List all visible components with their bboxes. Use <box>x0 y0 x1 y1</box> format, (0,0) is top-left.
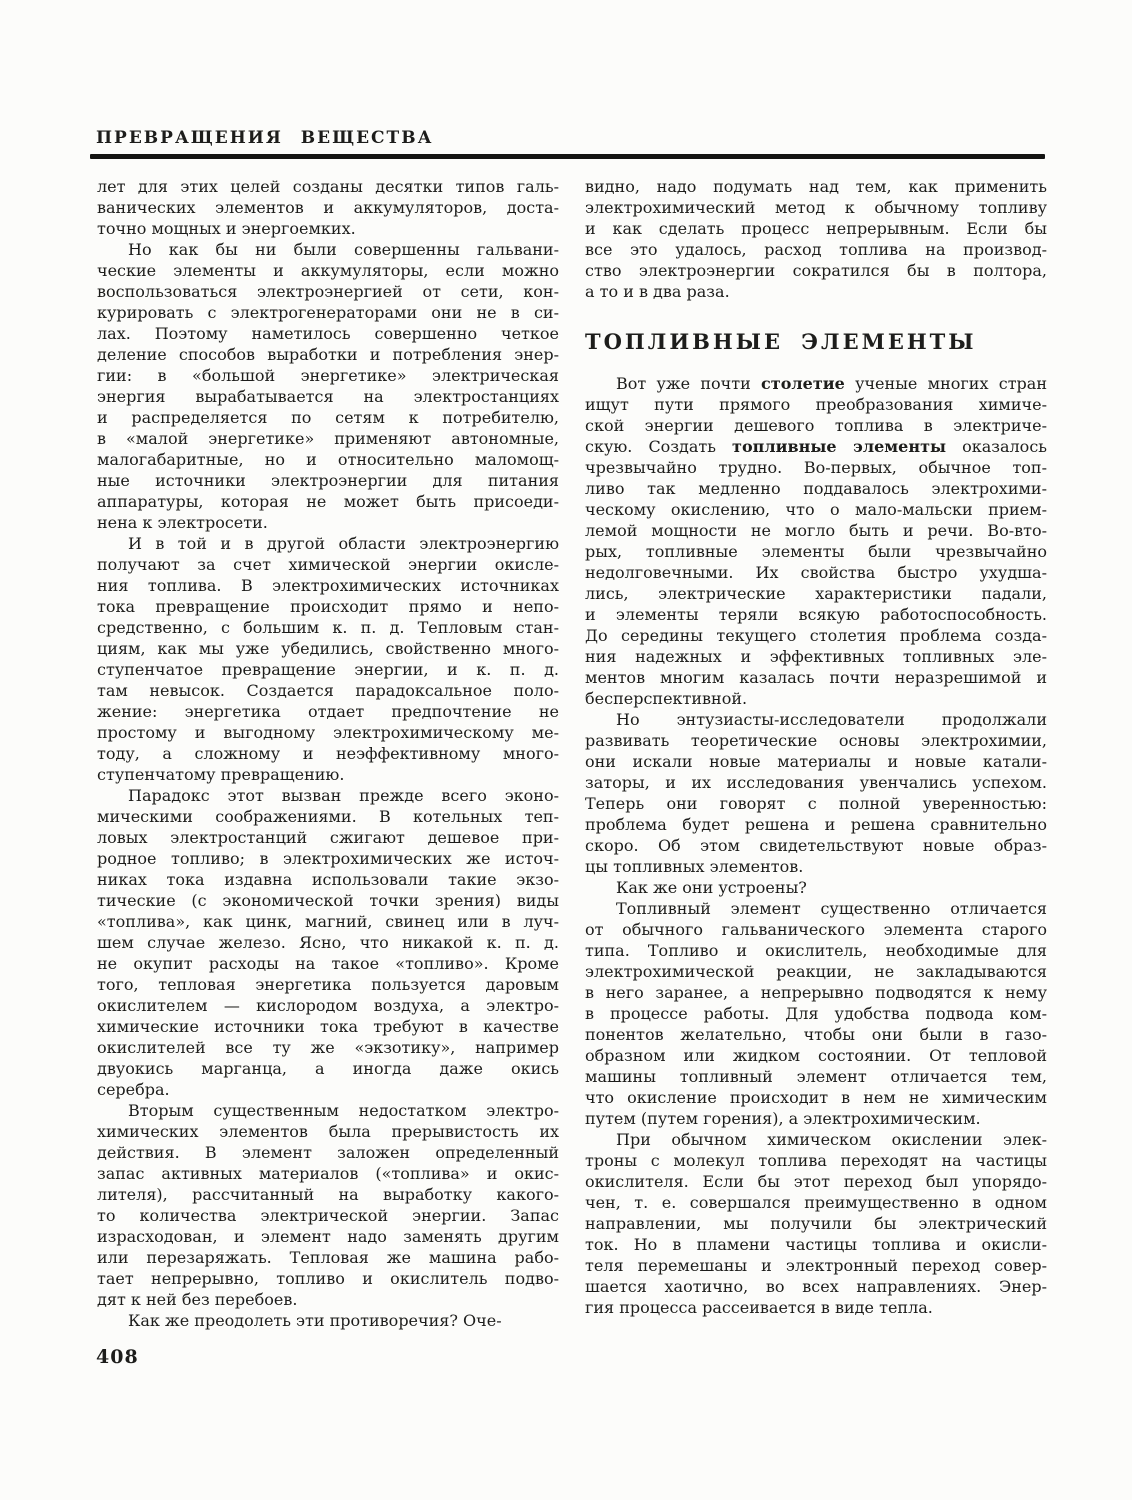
text-line: или перезаряжать. Тепловая же машина раб… <box>97 1247 559 1268</box>
text-line: то количества электрической энергии. Зап… <box>97 1205 559 1226</box>
text-line: образном или жидком состоянии. От теплов… <box>585 1045 1047 1066</box>
text-line: аппаратуры, которая не может быть присое… <box>97 491 559 512</box>
paragraph: Вторым существенным недостатком электро-… <box>97 1100 559 1310</box>
text-line: окислителя. Если бы этот переход был упо… <box>585 1171 1047 1192</box>
text-line: скоро. Об этом свидетельствуют новые обр… <box>585 835 1047 856</box>
text-line: гия процесса рассеивается в виде тепла. <box>585 1297 1047 1318</box>
text-line: ния топлива. В электрохимических источни… <box>97 575 559 596</box>
text-line: ливо так медленно поддавалось электрохим… <box>585 478 1047 499</box>
text-line: действия. В элемент заложен определенный <box>97 1142 559 1163</box>
text-line: точно мощных и энергоемких. <box>97 218 559 239</box>
text-line: тические (с экономической точки зрения) … <box>97 890 559 911</box>
text-line: путем (путем горения), а электрохимическ… <box>585 1108 1047 1129</box>
text-line: цы топливных элементов. <box>585 856 1047 877</box>
text-line: Но как бы ни были совершенны гальвани- <box>97 239 559 260</box>
text-line: шается хаотично, во всех направлениях. Э… <box>585 1276 1047 1297</box>
book-page: ПРЕВРАЩЕНИЯ ВЕЩЕСТВА лет для этих целей … <box>0 0 1132 1500</box>
text-line: в «малой энергетике» применяют автономны… <box>97 428 559 449</box>
text-line: лах. Поэтому наметилось совершенно четко… <box>97 323 559 344</box>
text-line: от обычного гальванического элемента ста… <box>585 919 1047 940</box>
paragraph: лет для этих целей созданы десятки типов… <box>97 176 559 239</box>
text-line: электрохимической реакции, не закладываю… <box>585 961 1047 982</box>
text-line: направлении, мы получили бы электрически… <box>585 1213 1047 1234</box>
text-line: тока превращение происходит прямо и непо… <box>97 596 559 617</box>
text-line: Вторым существенным недостатком электро- <box>97 1100 559 1121</box>
text-line: тоду, а сложному и неэффективному много- <box>97 743 559 764</box>
text-line: они искали новые материалы и новые катал… <box>585 751 1047 772</box>
text-line: ступенчатое превращение энергии, и к. п.… <box>97 659 559 680</box>
text-line: ные источники электроэнергии для питания <box>97 470 559 491</box>
text-line: ванических элементов и аккумуляторов, до… <box>97 197 559 218</box>
text-line: химические источники тока требуют в каче… <box>97 1016 559 1037</box>
text-line: серебра. <box>97 1079 559 1100</box>
text-line: лителя), рассчитанный на выработку каког… <box>97 1184 559 1205</box>
text-line: чрезвычайно трудно. Во-первых, обычное т… <box>585 457 1047 478</box>
text-line: шем случае железо. Ясно, что никакой к. … <box>97 932 559 953</box>
text-line: ческому окислению, что о мало-мальски пр… <box>585 499 1047 520</box>
text-line: теля перемешаны и электронный переход со… <box>585 1255 1047 1276</box>
text-line: жение: энергетика отдает предпочтение не <box>97 701 559 722</box>
text-line: и элементы теряли всякую работоспособнос… <box>585 604 1047 625</box>
text-line: ток. Но в пламени частицы топлива и окис… <box>585 1234 1047 1255</box>
paragraph: Парадокс этот вызван прежде всего эконо-… <box>97 785 559 1100</box>
page-number: 408 <box>96 1346 139 1368</box>
text-line: троны с молекул топлива переходят на час… <box>585 1150 1047 1171</box>
text-line: все это удалось, расход топлива на произ… <box>585 239 1047 260</box>
text-line: тает непрерывно, топливо и окислитель по… <box>97 1268 559 1289</box>
paragraph: Топливный элемент существенно отличается… <box>585 898 1047 1129</box>
text-line: средственно, с большим к. п. д. Тепловым… <box>97 617 559 638</box>
text-line: циям, как мы уже убедились, свойственно … <box>97 638 559 659</box>
text-line: в процессе работы. Для удобства подвода … <box>585 1003 1047 1024</box>
text-line: воспользоваться электроэнергией от сети,… <box>97 281 559 302</box>
text-line: недолговечными. Их свойства быстро ухудш… <box>585 562 1047 583</box>
text-line: не окупит расходы на такое «топливо». Кр… <box>97 953 559 974</box>
text-line: гии: в «большой энергетике» электрическа… <box>97 365 559 386</box>
text-line: чен, т. е. совершался преимущественно в … <box>585 1192 1047 1213</box>
text-line: там невысок. Создается парадоксальное по… <box>97 680 559 701</box>
text-line: ментов многим казалась почти неразрешимо… <box>585 667 1047 688</box>
text-line: ческие элементы и аккумуляторы, если мож… <box>97 260 559 281</box>
text-line: в него заранее, а непрерывно подводятся … <box>585 982 1047 1003</box>
text-line: двуокись марганца, а иногда даже окись <box>97 1058 559 1079</box>
text-line: скую. Создать топливные элементы оказало… <box>585 436 1047 457</box>
text-line: а то и в два раза. <box>585 281 1047 302</box>
running-head: ПРЕВРАЩЕНИЯ ВЕЩЕСТВА <box>96 128 433 148</box>
text-line: родное топливо; в электрохимических же и… <box>97 848 559 869</box>
paragraph: И в той и в другой области электроэнерги… <box>97 533 559 785</box>
text-line: запас активных материалов («топлива» и о… <box>97 1163 559 1184</box>
paragraph: При обычном химическом окислении элек-тр… <box>585 1129 1047 1318</box>
text-line: Теперь они говорят с полной уверенностью… <box>585 793 1047 814</box>
text-line: энергия вырабатывается на электростанция… <box>97 386 559 407</box>
text-line: типа. Топливо и окислитель, необходимые … <box>585 940 1047 961</box>
text-line: Топливный элемент существенно отличается <box>585 898 1047 919</box>
text-line: лемой мощности не могло быть и речи. Во-… <box>585 520 1047 541</box>
left-text-column: лет для этих целей созданы десятки типов… <box>97 176 559 1331</box>
text-line: деление способов выработки и потребления… <box>97 344 559 365</box>
text-line: окислителей все ту же «экзотику», наприм… <box>97 1037 559 1058</box>
text-line: машины топливный элемент отличается тем, <box>585 1066 1047 1087</box>
text-line: никах тока издавна использовали такие эк… <box>97 869 559 890</box>
text-line: понентов желательно, чтобы они были в га… <box>585 1024 1047 1045</box>
text-line: Как же они устроены? <box>585 877 1047 898</box>
header-rule <box>90 154 1045 159</box>
text-line: ство электроэнергии сократился бы в полт… <box>585 260 1047 281</box>
paragraph: Как же они устроены? <box>585 877 1047 898</box>
text-line: и распределяется по сетям к потребителю, <box>97 407 559 428</box>
text-line: «топлива», как цинк, магний, свинец или … <box>97 911 559 932</box>
text-line: развивать теоретические основы электрохи… <box>585 730 1047 751</box>
paragraph: видно, надо подумать над тем, как примен… <box>585 176 1047 302</box>
text-line: проблема будет решена и решена сравнител… <box>585 814 1047 835</box>
text-line: При обычном химическом окислении элек- <box>585 1129 1047 1150</box>
text-line: Как же преодолеть эти противоречия? Оче- <box>97 1310 559 1331</box>
text-line: ступенчатому превращению. <box>97 764 559 785</box>
paragraph: Но энтузиасты-исследователи продолжалира… <box>585 709 1047 877</box>
text-line: ской энергии дешевого топлива в электрич… <box>585 415 1047 436</box>
text-line: курировать с электрогенераторами они не … <box>97 302 559 323</box>
right-text-column: видно, надо подумать над тем, как примен… <box>585 176 1047 1318</box>
text-line: мическими соображениями. В котельных теп… <box>97 806 559 827</box>
paragraph: Вот уже почти столетие ученые многих стр… <box>585 373 1047 709</box>
paragraph: Но как бы ни были совершенны гальвани-че… <box>97 239 559 533</box>
text-line: и как сделать процесс непрерывным. Если … <box>585 218 1047 239</box>
text-line: лет для этих целей созданы десятки типов… <box>97 176 559 197</box>
text-line: израсходован, и элемент надо заменять др… <box>97 1226 559 1247</box>
text-line: получают за счет химической энергии окис… <box>97 554 559 575</box>
text-line: что окисление происходит в нем не химиче… <box>585 1087 1047 1108</box>
text-line: бесперспективной. <box>585 688 1047 709</box>
text-line: химических элементов была прерывистость … <box>97 1121 559 1142</box>
text-line: того, тепловая энергетика пользуется дар… <box>97 974 559 995</box>
text-line: простому и выгодному электрохимическому … <box>97 722 559 743</box>
text-line: ловых электростанций сжигают дешевое при… <box>97 827 559 848</box>
paragraph: Как же преодолеть эти противоречия? Оче- <box>97 1310 559 1331</box>
text-line: электрохимический метод к обычному топли… <box>585 197 1047 218</box>
text-line: лись, электрические характеристики падал… <box>585 583 1047 604</box>
text-line: заторы, и их исследования увенчались усп… <box>585 772 1047 793</box>
text-line: нена к электросети. <box>97 512 559 533</box>
text-line: окислителем — кислородом воздуха, а элек… <box>97 995 559 1016</box>
text-line: видно, надо подумать над тем, как примен… <box>585 176 1047 197</box>
text-line: До середины текущего столетия проблема с… <box>585 625 1047 646</box>
text-line: ищут пути прямого преобразования химиче- <box>585 394 1047 415</box>
text-line: рых, топливные элементы были чрезвычайно <box>585 541 1047 562</box>
text-line: ния надежных и эффективных топливных эле… <box>585 646 1047 667</box>
text-line: дят к ней без перебоев. <box>97 1289 559 1310</box>
text-line: Но энтузиасты-исследователи продолжали <box>585 709 1047 730</box>
text-line: Парадокс этот вызван прежде всего эконо- <box>97 785 559 806</box>
text-line: малогабаритные, но и относительно маломо… <box>97 449 559 470</box>
text-line: И в той и в другой области электроэнерги… <box>97 533 559 554</box>
text-line: Вот уже почти столетие ученые многих стр… <box>585 373 1047 394</box>
section-heading: ТОПЛИВНЫЕ ЭЛЕМЕНТЫ <box>585 329 1047 354</box>
